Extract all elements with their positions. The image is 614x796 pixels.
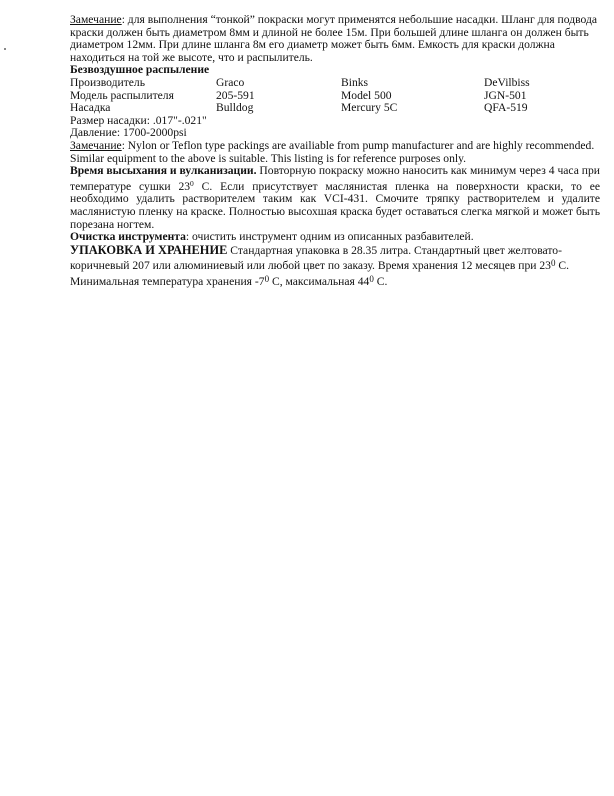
spec-table: Производитель Graco Binks DeVilbiss Моде… — [70, 77, 600, 115]
spec-label: Насадка — [70, 102, 216, 115]
note-text: : Nylon or Teflon type packings are avai… — [70, 139, 594, 165]
drying-paragraph: Время высыхания и вулканизации. Повторну… — [70, 165, 600, 231]
note-label: Замечание — [70, 139, 122, 152]
note-label: Замечание — [70, 13, 122, 26]
spec-graco: Graco — [216, 77, 341, 90]
scan-speck — [4, 48, 6, 50]
packaging-text: С, максимальная 44 — [269, 275, 369, 288]
spec-devilbiss: QFA-519 — [484, 102, 574, 115]
note-paragraph-2: Замечание: Nylon or Teflon type packings… — [70, 140, 600, 165]
drying-heading: Время высыхания и вулканизации. — [70, 164, 256, 177]
packaging-heading: УПАКОВКА И ХРАНЕНИЕ — [70, 243, 227, 257]
spec-binks: Mercury 5C — [341, 102, 484, 115]
spec-devilbiss: DeVilbiss — [484, 77, 574, 90]
packaging-paragraph: УПАКОВКА И ХРАНЕНИЕ Стандартная упаковка… — [70, 244, 600, 289]
spec-label: Производитель — [70, 77, 216, 90]
spec-binks: Binks — [341, 77, 484, 90]
cleaning-heading: Очистка инструмента — [70, 230, 186, 243]
note-text: : для выполнения “тонкой” покраски могут… — [70, 13, 597, 64]
cleaning-text: : очистить инструмент одним из описанных… — [186, 230, 474, 243]
spec-graco: Bulldog — [216, 102, 341, 115]
document-page: Замечание: для выполнения “тонкой” покра… — [70, 14, 600, 288]
note-paragraph-1: Замечание: для выполнения “тонкой” покра… — [70, 14, 600, 64]
packaging-text: С. — [374, 275, 388, 288]
